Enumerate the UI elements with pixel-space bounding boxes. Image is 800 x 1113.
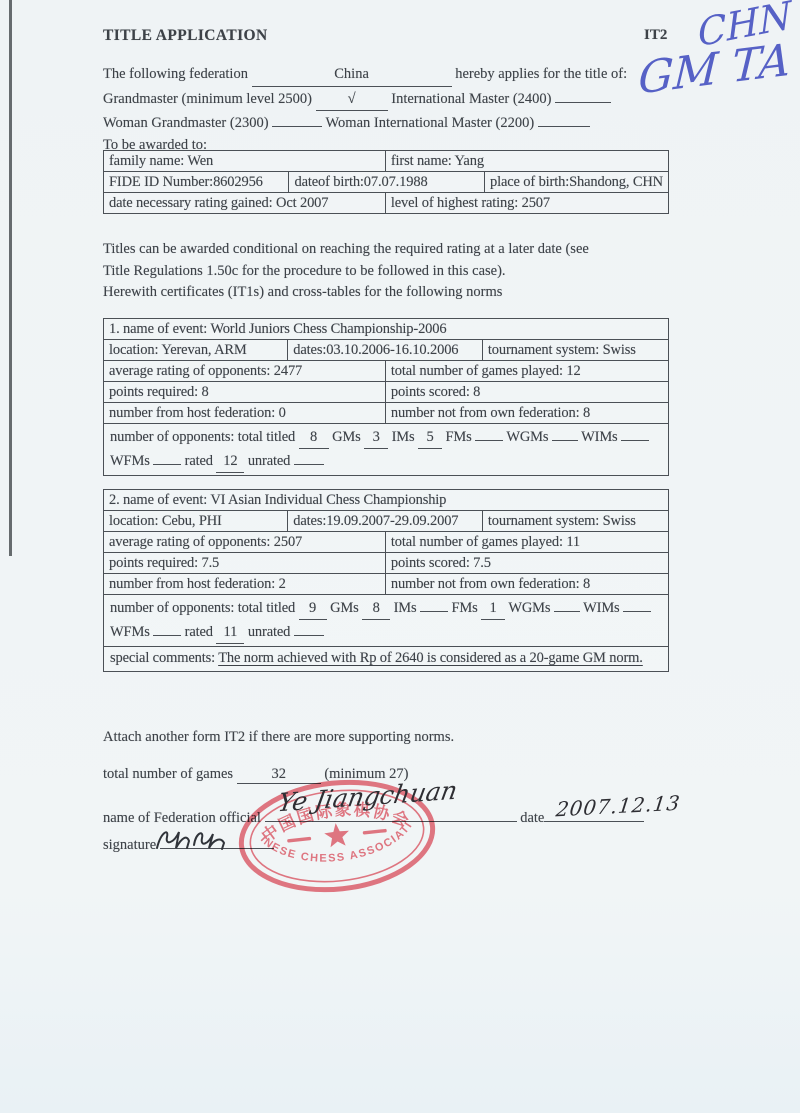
system-cell: tournament system: Swiss [482,340,668,360]
text-segment: IMs [388,429,418,445]
special-comments-cell: special comments: The norm achieved with… [104,647,668,671]
table-row: date necessary rating gained: Oct 2007 l… [104,192,668,213]
text-segment: hereby applies for the title of: [452,66,628,82]
table-row: special comments: The norm achieved with… [104,646,668,671]
blank-underline [554,596,580,612]
blank-underline [294,449,324,465]
blank-underline: 5 [418,427,442,449]
stamp-right-dash [363,829,387,835]
opponents-cell: number of opponents: total titled 9 GMs … [104,595,668,646]
blank-underline [153,620,181,636]
table-row: number of opponents: total titled 9 GMs … [104,594,668,646]
text-segment: FMs [448,600,481,616]
family-name-cell: family name: Wen [104,151,385,171]
birth-date-cell: dateof birth:07.07.1988 [288,172,484,192]
text-segment: WIMs [578,429,621,445]
avg-rating-cell: average rating of opponents: 2507 [104,532,385,552]
text-segment: WFMs [110,453,153,469]
host-federation-cell: number from host federation: 0 [104,403,385,423]
text-segment: GMs [327,600,363,616]
text-segment: Woman International Master (2200) [322,115,538,131]
text-segment: unrated [244,453,293,469]
attach-note: Attach another form IT2 if there are mor… [103,729,454,746]
text-segment: special comments: [110,650,218,666]
blank-underline [294,620,324,636]
blank-underline: √ [316,89,388,112]
conditions-line-2: Title Regulations 1.50c for the procedur… [103,261,693,283]
blank-underline [420,596,448,612]
blank-underline [552,425,578,441]
text-segment: International Master (2400) [388,91,556,107]
blank-underline [621,425,649,441]
table-row: number from host federation: 2 number no… [104,573,668,594]
federation-line: The following federation China hereby ap… [103,64,693,87]
woman-grandmaster-line: Woman Grandmaster (2300) Woman Internati… [103,111,693,135]
event2-table: 2. name of event: VI Asian Individual Ch… [103,489,669,672]
text-segment: FMs [442,429,475,445]
text-segment: WGMs [505,600,554,616]
blank-underline [555,87,611,103]
birth-place-cell: place of birth:Shandong, CHN [484,172,668,192]
blank-underline: 8 [362,598,390,620]
table-row: points required: 8 points scored: 8 [104,381,668,402]
table-row: average rating of opponents: 2477 total … [104,360,668,381]
text-segment: total number of games [103,766,237,782]
conditions-line-3: Herewith certificates (IT1s) and cross-t… [103,282,693,304]
intro-block: The following federation China hereby ap… [103,64,693,156]
points-required-cell: points required: 7.5 [104,553,385,573]
blank-underline: 3 [364,427,388,449]
text-segment: The following federation [103,66,252,82]
blank-underline [623,596,651,612]
text-segment: WFMs [110,624,153,640]
table-row: family name: Wen first name: Yang [104,151,668,171]
text-segment: WGMs [503,429,552,445]
location-cell: location: Cebu, PHI [104,511,287,531]
points-scored-cell: points scored: 7.5 [385,553,668,573]
blank-underline [538,111,590,127]
underlined-text: The norm achieved with Rp of 2640 is con… [218,650,643,666]
awarded-table: family name: Wen first name: Yang FIDE I… [103,150,669,214]
blank-underline [475,425,503,441]
blank-underline [153,449,181,465]
conditions-line-1: Titles can be awarded conditional on rea… [103,239,693,261]
points-required-cell: points required: 8 [104,382,385,402]
points-scored-cell: points scored: 8 [385,382,668,402]
table-row: number from host federation: 0 number no… [104,402,668,423]
first-name-cell: first name: Yang [385,151,668,171]
blank-underline: 11 [216,622,244,644]
table-row: points required: 7.5 points scored: 7.5 [104,552,668,573]
table-row: location: Cebu, PHI dates:19.09.2007-29.… [104,510,668,531]
text-segment: GMs [329,429,365,445]
avg-rating-cell: average rating of opponents: 2477 [104,361,385,381]
handwritten-date: 2007.12.13 [555,791,682,822]
text-segment: WIMs [580,600,623,616]
blank-underline [272,111,322,127]
fide-id-cell: FIDE ID Number:8602956 [104,172,288,192]
page-title: TITLE APPLICATION [103,27,268,45]
event-name-cell: 2. name of event: VI Asian Individual Ch… [104,490,668,510]
opponents-cell: number of opponents: total titled 8 GMs … [104,424,668,475]
highest-rating-cell: level of highest rating: 2507 [385,193,668,213]
event-name-cell: 1. name of event: World Juniors Chess Ch… [104,319,668,339]
text-segment: signature [103,837,160,853]
blank-underline: 12 [216,451,244,473]
text-segment: number of opponents: total titled [110,429,299,445]
stamp-star-icon [323,822,350,848]
host-federation-cell: number from host federation: 2 [104,574,385,594]
table-row: FIDE ID Number:8602956 dateof birth:07.0… [104,171,668,192]
blank-underline: 8 [299,427,329,449]
scan-edge-artifact [9,0,12,556]
stamp-left-dash [287,837,311,843]
grandmaster-line: Grandmaster (minimum level 2500) √ Inter… [103,87,693,112]
table-row: 2. name of event: VI Asian Individual Ch… [104,490,668,510]
text-segment: number of opponents: total titled [110,600,299,616]
table-row: 1. name of event: World Juniors Chess Ch… [104,319,668,339]
not-own-federation-cell: number not from own federation: 8 [385,403,668,423]
text-segment: rated [181,624,216,640]
text-segment: Grandmaster (minimum level 2500) [103,91,316,107]
dates-cell: dates:19.09.2007-29.09.2007 [287,511,482,531]
blank-underline: 1 [481,598,505,620]
form-code: IT2 [644,27,667,44]
event1-table: 1. name of event: World Juniors Chess Ch… [103,318,669,476]
text-segment: Woman Grandmaster (2300) [103,115,272,131]
location-cell: location: Yerevan, ARM [104,340,287,360]
blank-underline: China [252,64,452,87]
games-played-cell: total number of games played: 12 [385,361,668,381]
signature-scribble [153,824,233,856]
text-segment: date [517,810,545,826]
games-played-cell: total number of games played: 11 [385,532,668,552]
system-cell: tournament system: Swiss [482,511,668,531]
text-segment: rated [181,453,216,469]
conditions-paragraph: Titles can be awarded conditional on rea… [103,239,693,304]
text-segment: IMs [390,600,420,616]
not-own-federation-cell: number not from own federation: 8 [385,574,668,594]
scanned-title-application-form: TITLE APPLICATION IT2 CHN GM TA The foll… [0,0,800,1113]
table-row: average rating of opponents: 2507 total … [104,531,668,552]
blank-underline: 9 [299,598,327,620]
table-row: location: Yerevan, ARM dates:03.10.2006-… [104,339,668,360]
dates-cell: dates:03.10.2006-16.10.2006 [287,340,482,360]
table-row: number of opponents: total titled 8 GMs … [104,423,668,475]
text-segment: unrated [244,624,293,640]
rating-gained-cell: date necessary rating gained: Oct 2007 [104,193,385,213]
